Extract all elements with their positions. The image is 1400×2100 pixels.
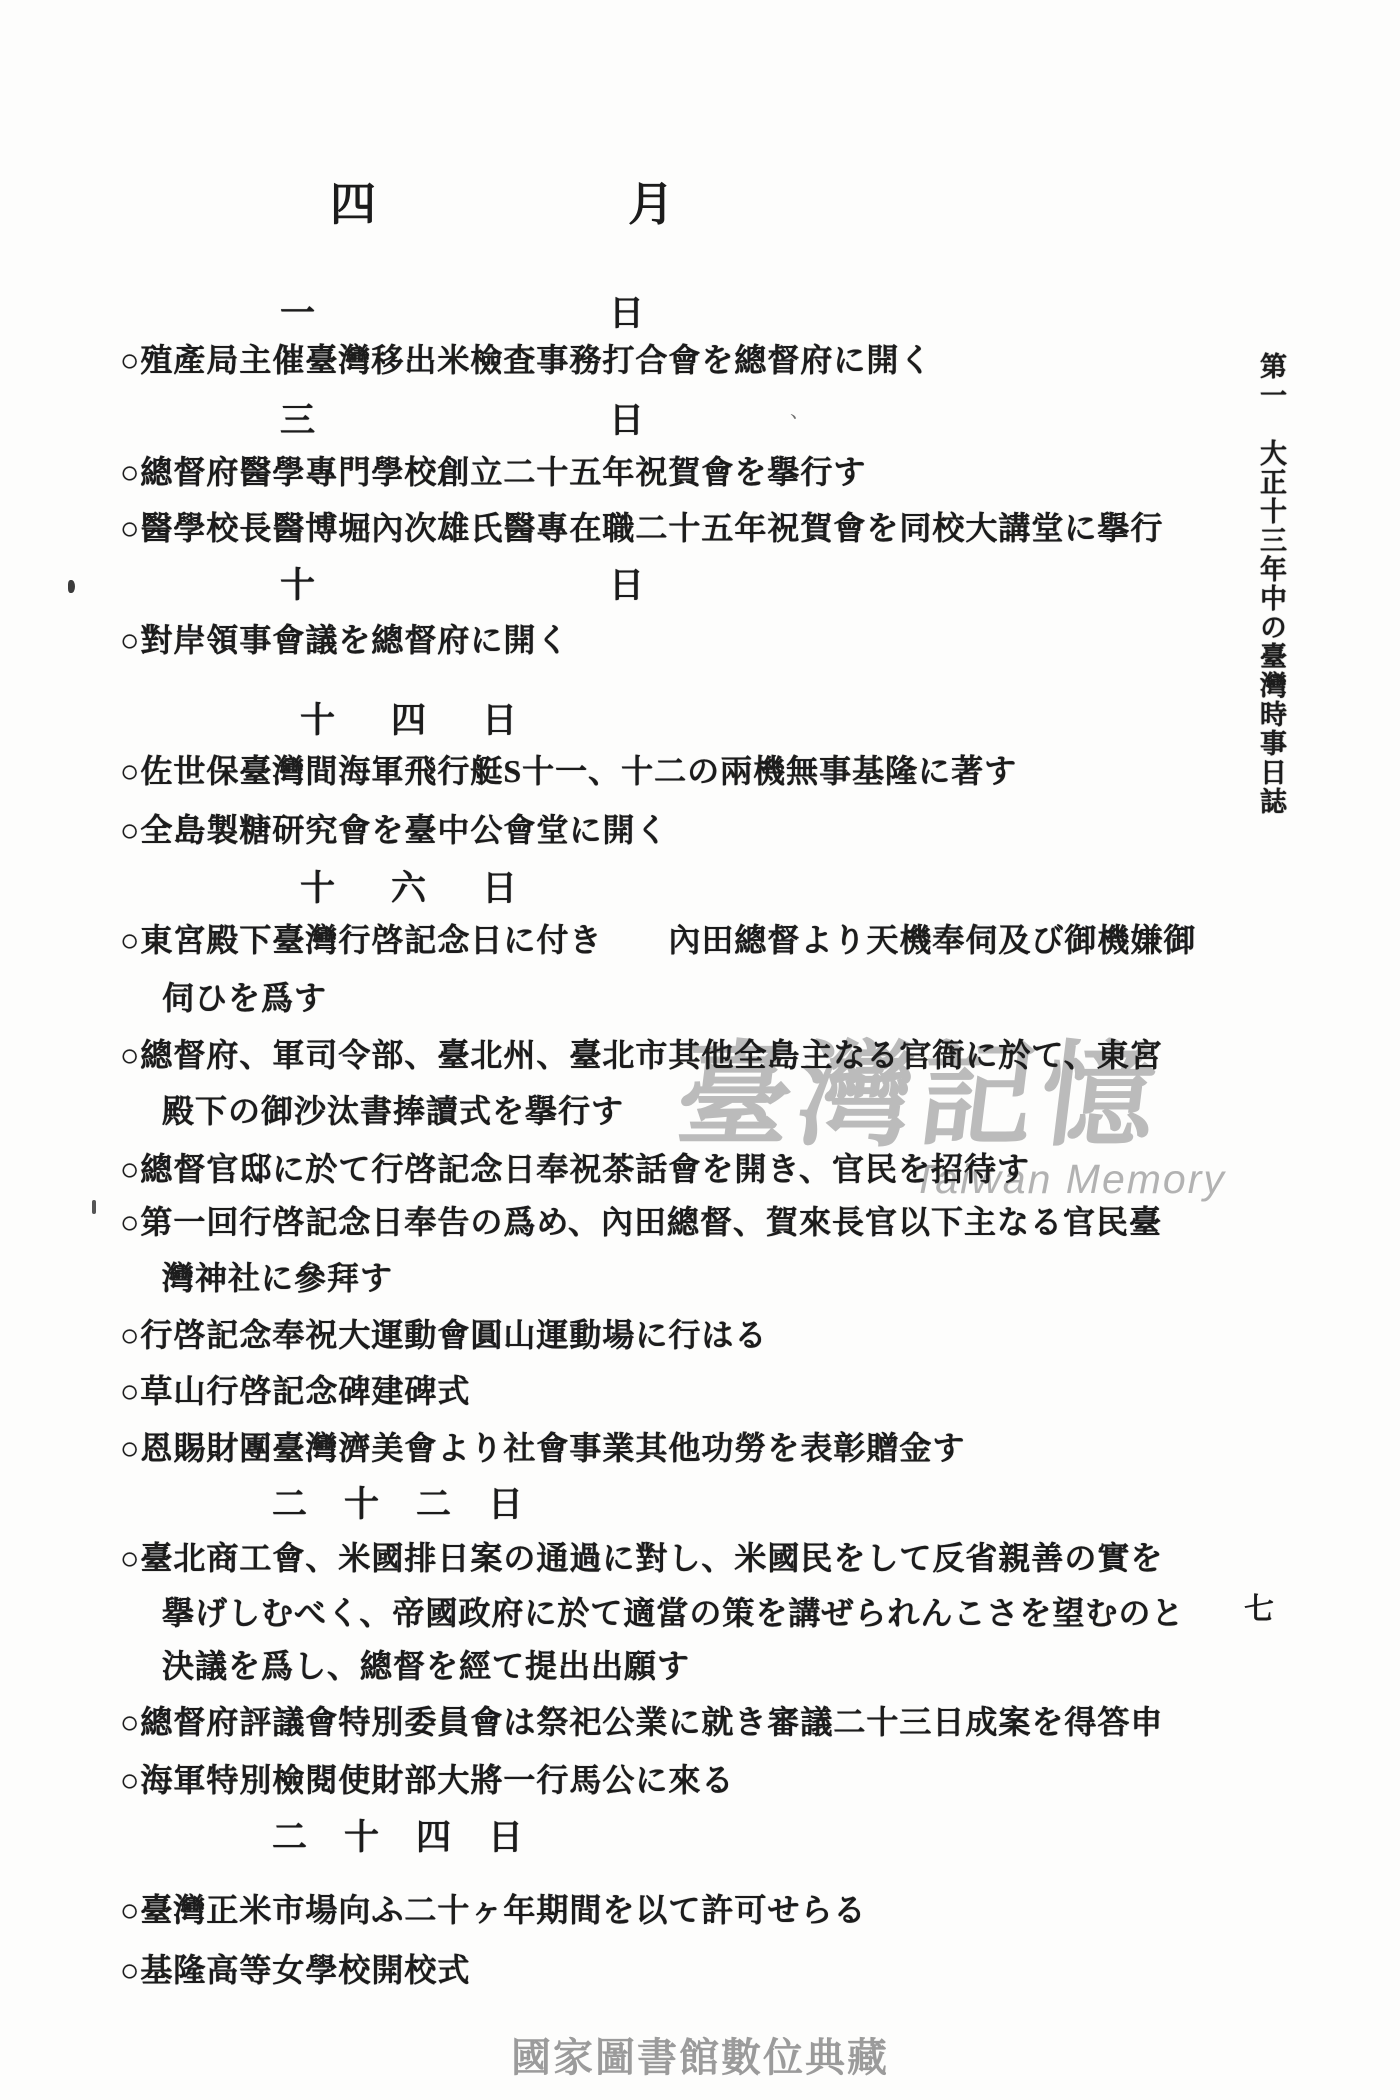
entry-line: ○對岸領事會議を總督府に開く xyxy=(120,621,569,659)
day-heading-14: 十 四 日 xyxy=(300,702,517,741)
entry-line-continuation: 決議を爲し、總督を經て提出出願す xyxy=(162,1647,690,1685)
entry-line: ○東宮殿下臺灣行啓記念日に付き 內田總督より天機奉伺及び御機嫌御 xyxy=(120,921,1196,959)
entry-line: ○基隆高等女學校開校式 xyxy=(120,1951,470,1989)
entry-line: ○總督官邸に於て行啓記念日奉祝茶話會を開き、官民を招待す xyxy=(120,1150,1030,1188)
entry-line: ○第一回行啓記念日奉告の爲め、內田總督、賀來長官以下主なる官民臺 xyxy=(120,1203,1162,1241)
month-title-char: 月 xyxy=(628,182,674,228)
scan-artifact: 、 xyxy=(790,394,810,423)
entry-line: ○殖產局主催臺灣移出米檢査事務打合會を總督府に開く xyxy=(120,341,932,379)
chapter-label-vertical: 第一 大正十三年中の臺灣時事日誌 xyxy=(1252,352,1291,852)
scan-artifact xyxy=(68,580,75,593)
entry-line: ○總督府、軍司令部、臺北州、臺北市其他全島主なる官衙に於て、東宮 xyxy=(120,1036,1163,1074)
day-heading-24: 二 十 四 日 xyxy=(272,1819,523,1858)
day-heading-16: 十 六 日 xyxy=(300,870,517,909)
entry-line: ○總督府醫學專門學校創立二十五年祝賀會を擧行す xyxy=(120,453,866,491)
entry-line-continuation: 灣神社に參拜す xyxy=(162,1259,393,1297)
entry-line-continuation: 伺ひを爲す xyxy=(162,979,327,1017)
entry-line: ○全島製糖研究會を臺中公會堂に開く xyxy=(120,811,668,849)
entry-line-continuation: 殿下の御沙汰書捧讀式を擧行す xyxy=(162,1092,624,1130)
scan-artifact xyxy=(92,1200,96,1214)
entry-line: ○草山行啓記念碑建碑式 xyxy=(120,1372,470,1410)
entry-line: ○醫學校長醫博堀內次雄氏醫專在職二十五年祝賀會を同校大講堂に擧行 xyxy=(120,509,1163,547)
day-heading-22: 二 十 二 日 xyxy=(272,1486,523,1525)
month-title: 四 月 xyxy=(330,182,674,228)
entry-line: ○海軍特別檢閱使財部大將一行馬公に來る xyxy=(120,1761,734,1799)
day-heading-3: 三 日 xyxy=(280,402,644,441)
watermark-national-library: 國家圖書館數位典藏 xyxy=(511,2026,889,2083)
entry-line: ○臺北商工會、米國排日案の通過に對し、米國民をして反省親善の實を xyxy=(120,1539,1163,1577)
day-heading-1: 一 日 xyxy=(280,295,644,334)
entry-line: ○恩賜財團臺灣濟美會より社會事業其他功勞を表彰贈金す xyxy=(120,1429,965,1467)
entry-line: ○總督府評議會特別委員會は祭祀公業に就き審議二十三日成案を得答申 xyxy=(120,1703,1163,1741)
day-heading-10: 十 日 xyxy=(280,567,644,606)
scanned-document-page: 臺灣記憶 Taiwan Memory 國家圖書館數位典藏 四 月 一 日 ○殖產… xyxy=(0,0,1400,2100)
page-number: 七 xyxy=(1244,1584,1274,1628)
entry-line-continuation: 擧げしむべく、帝國政府に於て適當の策を講ぜられんこさを望むのと xyxy=(162,1594,1184,1632)
entry-line: ○臺灣正米市場向ふ二十ヶ年期間を以て許可せらる xyxy=(120,1891,866,1929)
month-title-char: 四 xyxy=(330,182,376,228)
entry-line: ○行啓記念奉祝大運動會圓山運動場に行はる xyxy=(120,1316,767,1354)
entry-line: ○佐世保臺灣間海軍飛行艇S十一、十二の兩機無事基隆に著す xyxy=(120,752,1017,790)
